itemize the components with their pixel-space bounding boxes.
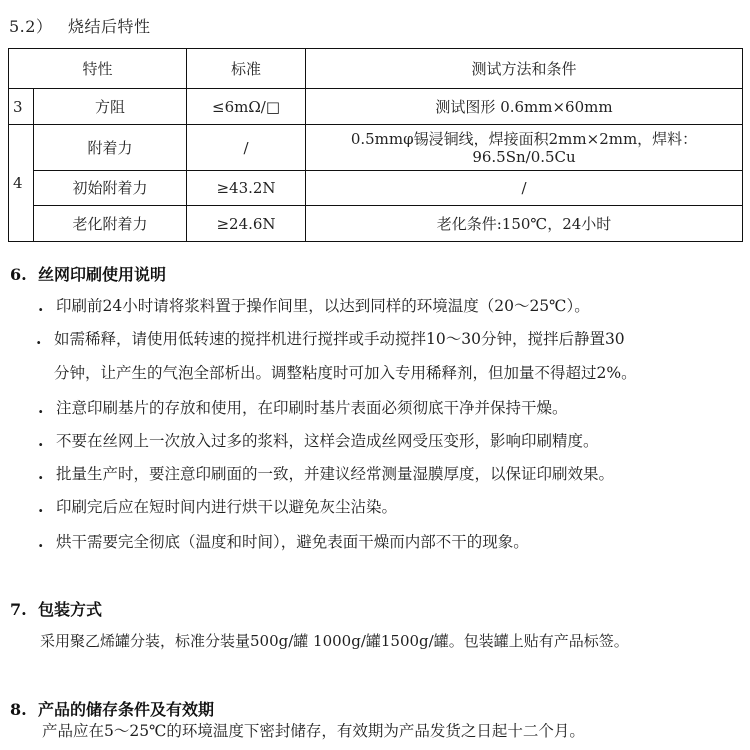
list-item-text: 印刷完后应在短时间内进行烘干以避免灰尘沾染。 [56, 498, 397, 516]
method-cell: / [306, 171, 743, 206]
list-item-text: 批量生产时，要注意印刷面的一致，并建议经常测量湿膜厚度，以保证印刷效果。 [56, 465, 614, 483]
method-line-2: 96.5Sn/0.5Cu [306, 148, 742, 166]
bullet-marker: . [38, 497, 56, 516]
method-cell: 老化条件:150℃，24小时 [306, 206, 743, 242]
list-item-text: 印刷前24小时请将浆料置于操作间里，以达到同样的环境温度（20～25℃）。 [56, 297, 590, 315]
section-number: 8. [10, 700, 38, 719]
section-title: 产品的储存条件及有效期 [38, 700, 214, 719]
list-item: .不要在丝网上一次放入过多的浆料，这样会造成丝网受压变形，影响印刷精度。 [38, 429, 599, 451]
section-6-heading: 6.丝网印刷使用说明 [10, 262, 166, 285]
list-item-text: 如需稀释，请使用低转速的搅拌机进行搅拌或手动搅拌10～30分钟，搅拌后静置30 [54, 330, 625, 348]
table-row: 老化附着力 ≥24.6N 老化条件:150℃，24小时 [9, 206, 743, 242]
bullet-marker: . [38, 464, 56, 483]
list-item: .批量生产时，要注意印刷面的一致，并建议经常测量湿膜厚度，以保证印刷效果。 [38, 462, 614, 484]
subsection-heading: 5.2） 烧结后特性 [9, 14, 151, 37]
list-item: .注意印刷基片的存放和使用，在印刷时基片表面必须彻底干净并保持干燥。 [38, 396, 568, 418]
header-property: 特性 [9, 49, 187, 89]
bullet-marker: . [38, 532, 56, 551]
row-number: 3 [9, 89, 34, 125]
method-cell: 0.5mmφ锡浸铜线，焊接面积2mm×2mm，焊料： 96.5Sn/0.5Cu [306, 125, 743, 171]
list-item-text: 烘干需要完全彻底（温度和时间），避免表面干燥而内部不干的现象。 [56, 533, 529, 551]
bullet-marker: . [38, 296, 56, 315]
post-sintering-properties-table: 特性 标准 测试方法和条件 3 方阻 ≤6mΩ/□ 测试图形 0.6mm×60m… [8, 48, 743, 242]
property-cell: 附着力 [34, 125, 187, 171]
packaging-text: 采用聚乙烯罐分装，标准分装量500g/罐 1000g/罐1500g/罐。包装罐上… [40, 630, 629, 651]
table-header-row: 特性 标准 测试方法和条件 [9, 49, 743, 89]
standard-cell: ≤6mΩ/□ [187, 89, 306, 125]
standard-cell: / [187, 125, 306, 171]
bullet-marker: . [38, 398, 56, 417]
section-title: 包装方式 [38, 600, 102, 619]
table-row: 4 附着力 / 0.5mmφ锡浸铜线，焊接面积2mm×2mm，焊料： 96.5S… [9, 125, 743, 171]
table-row: 初始附着力 ≥43.2N / [9, 171, 743, 206]
section-8-heading: 8.产品的储存条件及有效期 [10, 697, 214, 720]
list-item-continuation: 分钟，让产生的气泡全部析出。调整粘度时可加入专用稀释剂，但加量不得超过2%。 [54, 361, 637, 383]
subsection-title: 烧结后特性 [68, 17, 151, 36]
row-number: 4 [9, 125, 34, 242]
method-line-1: 0.5mmφ锡浸铜线，焊接面积2mm×2mm，焊料： [306, 130, 742, 148]
header-test-method: 测试方法和条件 [306, 49, 743, 89]
list-item: .印刷前24小时请将浆料置于操作间里，以达到同样的环境温度（20～25℃）。 [38, 294, 590, 316]
property-cell: 方阻 [34, 89, 187, 125]
bullet-marker: . [38, 431, 56, 450]
section-number: 7. [10, 600, 38, 619]
header-standard: 标准 [187, 49, 306, 89]
list-item: .烘干需要完全彻底（温度和时间），避免表面干燥而内部不干的现象。 [38, 530, 529, 552]
method-cell: 测试图形 0.6mm×60mm [306, 89, 743, 125]
list-item: .印刷完后应在短时间内进行烘干以避免灰尘沾染。 [38, 495, 397, 517]
storage-text: 产品应在5～25℃的环境温度下密封储存，有效期为产品发货之日起十二个月。 [42, 719, 585, 741]
bullet-marker: . [36, 329, 54, 348]
property-cell: 初始附着力 [34, 171, 187, 206]
list-item-text: 不要在丝网上一次放入过多的浆料，这样会造成丝网受压变形，影响印刷精度。 [56, 432, 599, 450]
subsection-number: 5.2） [9, 17, 52, 36]
section-number: 6. [10, 265, 38, 284]
section-7-heading: 7.包装方式 [10, 597, 102, 620]
section-title: 丝网印刷使用说明 [38, 265, 166, 284]
list-item-text: 注意印刷基片的存放和使用，在印刷时基片表面必须彻底干净并保持干燥。 [56, 399, 568, 417]
property-cell: 老化附着力 [34, 206, 187, 242]
standard-cell: ≥24.6N [187, 206, 306, 242]
table-row: 3 方阻 ≤6mΩ/□ 测试图形 0.6mm×60mm [9, 89, 743, 125]
list-item: .如需稀释，请使用低转速的搅拌机进行搅拌或手动搅拌10～30分钟，搅拌后静置30 [36, 327, 625, 349]
standard-cell: ≥43.2N [187, 171, 306, 206]
